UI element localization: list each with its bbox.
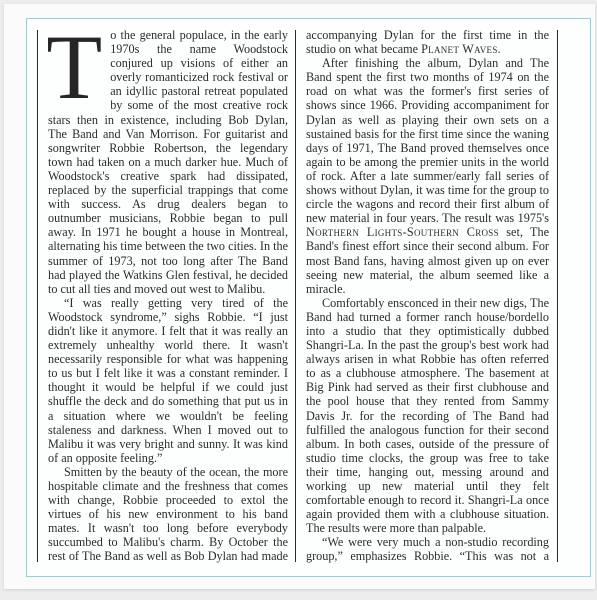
- left-column-rule: [37, 30, 38, 562]
- text-column-right: accompanying Dylan for the first time in…: [306, 28, 549, 564]
- paragraph-opening: To the general populace, in the early 19…: [48, 28, 288, 296]
- paragraph-continued: accompanying Dylan for the first time in…: [306, 28, 549, 56]
- paragraph-quote-woodstock: “I was really getting very tired of the …: [48, 296, 288, 465]
- center-column-rule: [295, 30, 296, 562]
- right-column-rule: [557, 30, 558, 562]
- paragraph-quote-studio: “We were very much a non-studio recordin…: [306, 535, 549, 564]
- drop-cap: T: [48, 30, 102, 110]
- paragraph-text: After finishing the album, Dylan and The…: [306, 56, 549, 225]
- album-title-northern-lights: Northern Lights-Southern Cross: [306, 225, 499, 239]
- punctuation: .: [498, 42, 501, 56]
- paragraph-malibu: Smitten by the beauty of the ocean, the …: [48, 465, 288, 564]
- text-column-left: To the general populace, in the early 19…: [48, 28, 288, 564]
- paragraph-tour-1974: After finishing the album, Dylan and The…: [306, 56, 549, 296]
- paragraph-shangri-la: Comfortably ensconced in their new digs,…: [306, 296, 549, 536]
- album-title-planet-waves: Planet Waves: [421, 42, 498, 56]
